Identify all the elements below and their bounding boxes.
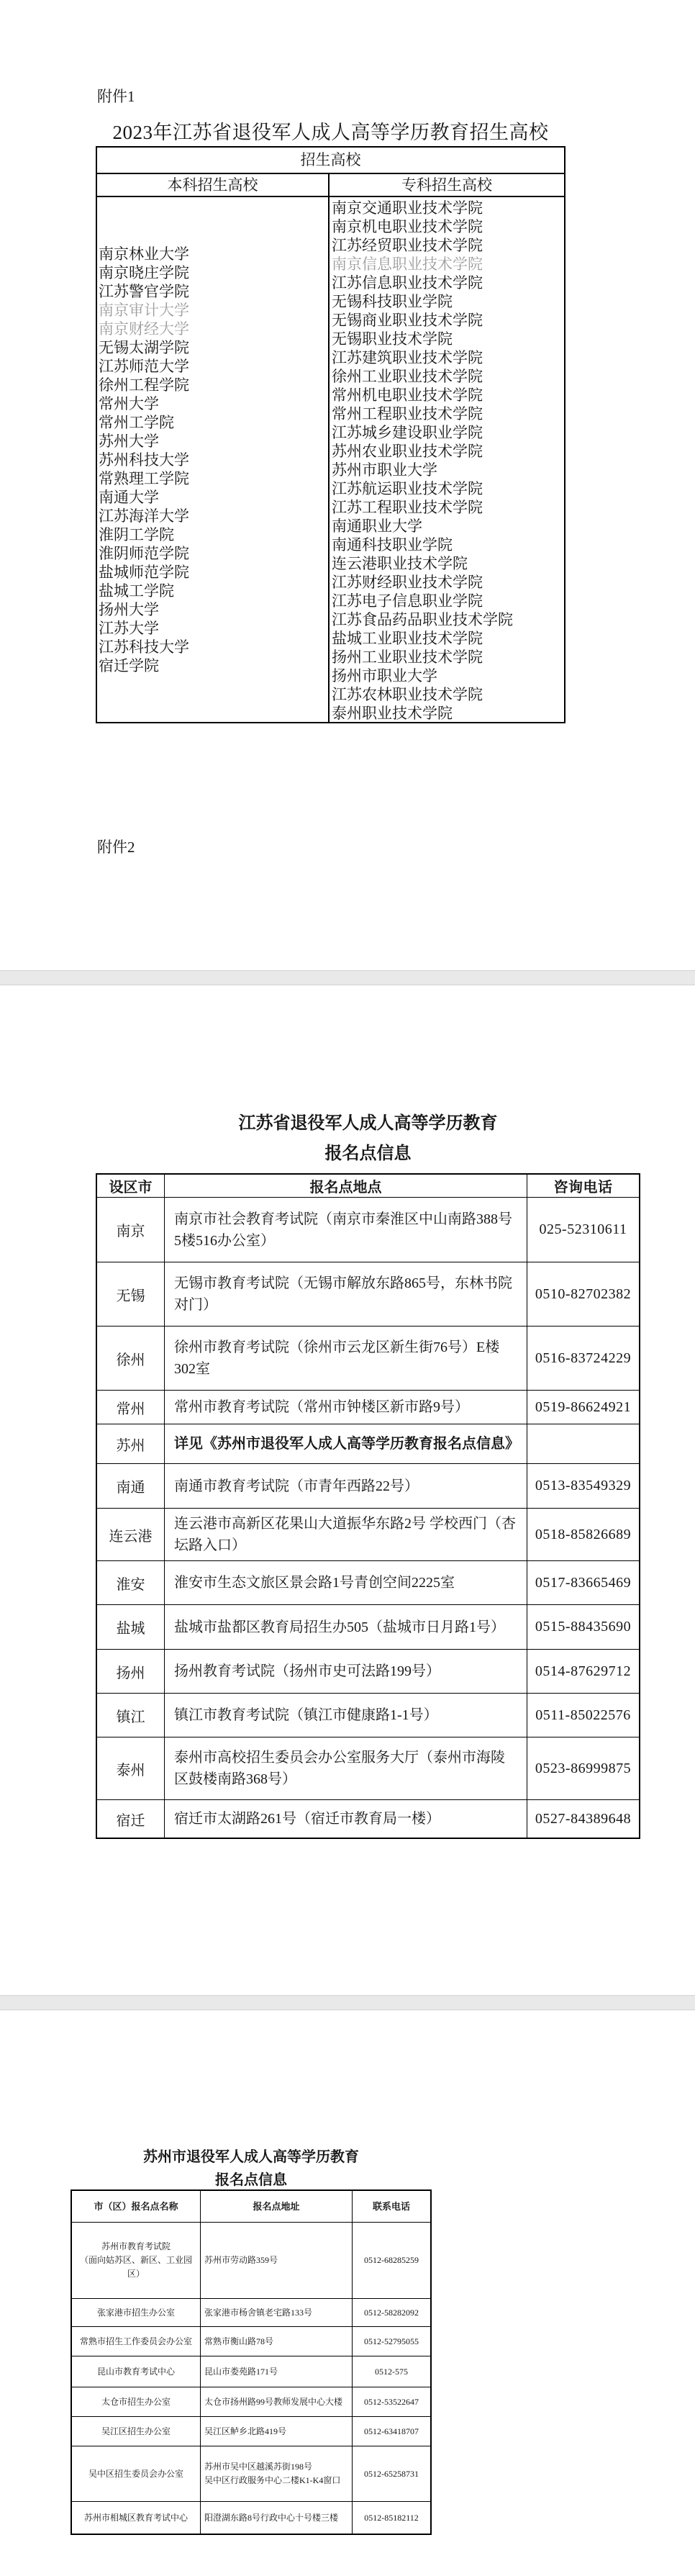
university-item: 淮阴工学院 bbox=[99, 525, 328, 544]
registration-address-cell: 徐州市教育考试院（徐州市云龙区新生街76号）E楼302室 bbox=[165, 1327, 527, 1390]
column-header: 报名点地址 bbox=[201, 2191, 353, 2222]
registration-point-address-cell: 吴江区鲈乡北路419号 bbox=[201, 2417, 353, 2446]
column-header: 市（区）报名点名称 bbox=[72, 2191, 201, 2222]
university-item: 苏州科技大学 bbox=[99, 451, 328, 469]
attachment1-title: 2023年江苏省退役军人成人高等学历教育招生高校 bbox=[96, 117, 565, 145]
registration-point-row: 南京南京市社会教育考试院（南京市秦淮区中山南路388号5楼516办公室）025-… bbox=[97, 1198, 639, 1262]
university-item: 江苏经贸职业技术学院 bbox=[332, 236, 564, 255]
phone-cell: 0514-87629712 bbox=[527, 1650, 639, 1693]
registration-point-name-cell: 苏州市相城区教育考试中心 bbox=[72, 2502, 201, 2534]
university-item: 淮阴师范学院 bbox=[99, 544, 328, 563]
university-item: 苏州市职业大学 bbox=[332, 461, 564, 479]
university-item: 南通大学 bbox=[99, 488, 328, 507]
enroll-universities-table: 招生高校 本科招生高校 专科招生高校 南京林业大学南京晓庄学院江苏警官学院南京审… bbox=[96, 146, 565, 723]
university-item: 江苏建筑职业技术学院 bbox=[332, 348, 564, 367]
phone-cell: 0512-52795055 bbox=[353, 2327, 430, 2356]
registration-point-row: 宿迁宿迁市太湖路261号（宿迁市教育局一楼）0527-84389648 bbox=[97, 1800, 639, 1838]
registration-address-cell: 镇江市教育考试院（镇江市健康路1-1号） bbox=[165, 1694, 527, 1737]
attachment1-label: 附件1 bbox=[97, 85, 135, 107]
registration-point-row: 南通南通市教育考试院（市青年西路22号）0513-83549329 bbox=[97, 1464, 639, 1509]
university-item: 连云港职业技术学院 bbox=[332, 554, 564, 573]
registration-point-address-cell: 苏州市吴中区越溪苏街198号 吴中区行政服务中心二楼K1-K4窗口 bbox=[201, 2446, 353, 2501]
province-registration-table: 设区市报名点地点咨询电话南京南京市社会教育考试院（南京市秦淮区中山南路388号5… bbox=[96, 1173, 640, 1839]
university-item: 江苏农林职业技术学院 bbox=[332, 685, 564, 704]
university-item: 盐城师范学院 bbox=[99, 563, 328, 582]
university-item: 江苏航运职业技术学院 bbox=[332, 479, 564, 498]
registration-point-address-cell: 昆山市娄苑路171号 bbox=[201, 2356, 353, 2387]
phone-cell: 0510-82702382 bbox=[527, 1262, 639, 1326]
university-item: 徐州工程学院 bbox=[99, 376, 328, 394]
phone-cell: 0512-575 bbox=[353, 2356, 430, 2387]
registration-point-name-cell: 常熟市招生工作委员会办公室 bbox=[72, 2327, 201, 2356]
university-item: 徐州工业职业技术学院 bbox=[332, 367, 564, 386]
university-item: 盐城工学院 bbox=[99, 582, 328, 600]
suzhou-registration-point-row: 昆山市教育考试中心昆山市娄苑路171号0512-575 bbox=[72, 2356, 430, 2387]
registration-point-address-cell: 张家港市杨舍镇老宅路133号 bbox=[201, 2299, 353, 2326]
registration-address-cell: 南通市教育考试院（市青年西路22号） bbox=[165, 1464, 527, 1508]
registration-address-cell: 泰州市高校招生委员会办公室服务大厅（泰州市海陵区鼓楼南路368号） bbox=[165, 1737, 527, 1799]
registration-address-cell: 盐城市盐都区教育局招生办505（盐城市日月路1号） bbox=[165, 1605, 527, 1649]
registration-point-name-cell: 太仓市招生办公室 bbox=[72, 2387, 201, 2416]
university-item: 江苏海洋大学 bbox=[99, 507, 328, 525]
page-separator bbox=[0, 1995, 695, 2010]
university-item: 江苏工程职业技术学院 bbox=[332, 498, 564, 517]
district-city-cell: 盐城 bbox=[97, 1605, 165, 1649]
district-city-cell: 淮安 bbox=[97, 1561, 165, 1604]
province-table-title-line1: 江苏省退役军人成人高等学历教育 bbox=[96, 1108, 640, 1134]
undergrad-university-list: 南京林业大学南京晓庄学院江苏警官学院南京审计大学南京财经大学无锡太湖学院江苏师范… bbox=[97, 197, 330, 723]
university-item: 常熟理工学院 bbox=[99, 469, 328, 488]
suzhou-table-header-row: 市（区）报名点名称报名点地址联系电话 bbox=[72, 2191, 430, 2223]
university-item: 江苏城乡建设职业学院 bbox=[332, 423, 564, 442]
district-city-cell: 泰州 bbox=[97, 1737, 165, 1799]
suzhou-registration-point-row: 张家港市招生办公室张家港市杨舍镇老宅路133号0512-58282092 bbox=[72, 2299, 430, 2327]
university-item: 南京机电职业技术学院 bbox=[332, 217, 564, 236]
district-city-cell: 无锡 bbox=[97, 1262, 165, 1326]
university-item: 苏州农业职业技术学院 bbox=[332, 442, 564, 461]
university-item: 常州大学 bbox=[99, 394, 328, 413]
phone-cell: 0515-88435690 bbox=[527, 1605, 639, 1649]
phone-cell: 0512-85182112 bbox=[353, 2502, 430, 2534]
phone-cell: 025-52310611 bbox=[527, 1198, 639, 1262]
university-item: 苏州大学 bbox=[99, 432, 328, 451]
registration-point-row: 无锡无锡市教育考试院（无锡市解放东路865号，东林书院对门）0510-82702… bbox=[97, 1262, 639, 1327]
registration-point-row: 连云港连云港市高新区花果山大道振华东路2号 学校西门（杏坛路入口）0518-85… bbox=[97, 1509, 639, 1561]
registration-point-address-cell: 苏州市劳动路359号 bbox=[201, 2223, 353, 2298]
district-city-cell: 南京 bbox=[97, 1198, 165, 1262]
district-city-cell: 徐州 bbox=[97, 1327, 165, 1390]
registration-address-cell: 详见《苏州市退役军人成人高等学历教育报名点信息》 bbox=[165, 1424, 527, 1463]
college-university-list: 南京交通职业技术学院南京机电职业技术学院江苏经贸职业技术学院南京信息职业技术学院… bbox=[330, 197, 564, 723]
university-item: 南京晓庄学院 bbox=[99, 263, 328, 282]
phone-cell: 0518-85826689 bbox=[527, 1509, 639, 1560]
registration-address-cell: 淮安市生态文旅区景会路1号青创空间2225室 bbox=[165, 1561, 527, 1604]
phone-cell: 0511-85022576 bbox=[527, 1694, 639, 1737]
university-item: 常州工学院 bbox=[99, 413, 328, 432]
phone-cell: 0527-84389648 bbox=[527, 1800, 639, 1838]
phone-cell: 0517-83665469 bbox=[527, 1561, 639, 1604]
suzhou-registration-point-row: 吴中区招生委员会办公室苏州市吴中区越溪苏街198号 吴中区行政服务中心二楼K1-… bbox=[72, 2446, 430, 2502]
registration-point-row: 扬州扬州教育考试院（扬州市史可法路199号）0514-87629712 bbox=[97, 1650, 639, 1694]
registration-point-address-cell: 阳澄湖东路8号行政中心十号楼三楼 bbox=[201, 2502, 353, 2534]
registration-point-address-cell: 常熟市衡山路78号 bbox=[201, 2327, 353, 2356]
university-item: 南京信息职业技术学院 bbox=[332, 255, 564, 274]
district-city-cell: 连云港 bbox=[97, 1509, 165, 1560]
phone-cell bbox=[527, 1424, 639, 1463]
suzhou-registration-point-row: 常熟市招生工作委员会办公室常熟市衡山路78号0512-52795055 bbox=[72, 2327, 430, 2356]
suzhou-table-title-line2: 报名点信息 bbox=[71, 2168, 432, 2189]
attachment2-label: 附件2 bbox=[97, 836, 135, 857]
province-table-header-row: 设区市报名点地点咨询电话 bbox=[97, 1175, 639, 1198]
university-item: 扬州市职业大学 bbox=[332, 666, 564, 685]
document-page: { "colors": { "text": "#161616", "muted_… bbox=[0, 0, 695, 2576]
undergrad-column-header: 本科招生高校 bbox=[97, 174, 330, 196]
enroll-table-subheaders: 本科招生高校 专科招生高校 bbox=[97, 174, 564, 197]
university-item: 扬州工业职业技术学院 bbox=[332, 648, 564, 666]
suzhou-registration-point-row: 吴江区招生办公室吴江区鲈乡北路419号0512-63418707 bbox=[72, 2417, 430, 2446]
registration-point-row: 镇江镇江市教育考试院（镇江市健康路1-1号）0511-85022576 bbox=[97, 1694, 639, 1737]
enroll-table-body: 南京林业大学南京晓庄学院江苏警官学院南京审计大学南京财经大学无锡太湖学院江苏师范… bbox=[97, 197, 564, 722]
university-item: 南京财经大学 bbox=[99, 320, 328, 338]
university-item: 江苏大学 bbox=[99, 619, 328, 638]
registration-address-cell: 连云港市高新区花果山大道振华东路2号 学校西门（杏坛路入口） bbox=[165, 1509, 527, 1560]
university-item: 南通科技职业学院 bbox=[332, 535, 564, 554]
page-separator bbox=[0, 970, 695, 985]
university-item: 江苏警官学院 bbox=[99, 282, 328, 301]
registration-point-name-cell: 吴江区招生办公室 bbox=[72, 2417, 201, 2446]
registration-point-name-cell: 苏州市教育考试院 （面向姑苏区、新区、工业园区） bbox=[72, 2223, 201, 2298]
district-city-cell: 镇江 bbox=[97, 1694, 165, 1737]
university-item: 南京交通职业技术学院 bbox=[332, 199, 564, 217]
phone-cell: 0513-83549329 bbox=[527, 1464, 639, 1508]
enroll-table-header: 招生高校 bbox=[97, 148, 564, 174]
university-item: 盐城工业职业技术学院 bbox=[332, 629, 564, 648]
university-item: 泰州职业技术学院 bbox=[332, 704, 564, 723]
phone-cell: 0512-63418707 bbox=[353, 2417, 430, 2446]
registration-point-row: 盐城盐城市盐都区教育局招生办505（盐城市日月路1号）0515-88435690 bbox=[97, 1605, 639, 1650]
university-item: 江苏财经职业技术学院 bbox=[332, 573, 564, 592]
province-table-title-line2: 报名点信息 bbox=[96, 1139, 640, 1164]
university-item: 常州工程职业技术学院 bbox=[332, 405, 564, 423]
registration-address-cell: 常州市教育考试院（常州市钟楼区新市路9号） bbox=[165, 1391, 527, 1424]
phone-cell: 0512-53522647 bbox=[353, 2387, 430, 2416]
suzhou-registration-point-row: 苏州市相城区教育考试中心阳澄湖东路8号行政中心十号楼三楼0512-8518211… bbox=[72, 2502, 430, 2534]
university-item: 江苏信息职业技术学院 bbox=[332, 274, 564, 292]
university-item: 江苏电子信息职业学院 bbox=[332, 592, 564, 610]
university-item: 无锡科技职业学院 bbox=[332, 292, 564, 311]
column-header: 设区市 bbox=[97, 1175, 165, 1197]
university-item: 南通职业大学 bbox=[332, 517, 564, 535]
phone-cell: 0516-83724229 bbox=[527, 1327, 639, 1390]
college-column-header: 专科招生高校 bbox=[330, 174, 564, 196]
suzhou-registration-point-row: 太仓市招生办公室太仓市扬州路99号教师发展中心大楼0512-53522647 bbox=[72, 2387, 430, 2417]
district-city-cell: 苏州 bbox=[97, 1424, 165, 1463]
registration-point-name-cell: 吴中区招生委员会办公室 bbox=[72, 2446, 201, 2501]
university-item: 南京林业大学 bbox=[99, 245, 328, 263]
phone-cell: 0519-86624921 bbox=[527, 1391, 639, 1424]
phone-cell: 0523-86999875 bbox=[527, 1737, 639, 1799]
registration-address-cell: 无锡市教育考试院（无锡市解放东路865号，东林书院对门） bbox=[165, 1262, 527, 1326]
district-city-cell: 宿迁 bbox=[97, 1800, 165, 1838]
registration-point-row: 泰州泰州市高校招生委员会办公室服务大厅（泰州市海陵区鼓楼南路368号）0523-… bbox=[97, 1737, 639, 1800]
column-header: 咨询电话 bbox=[527, 1175, 639, 1197]
phone-cell: 0512-58282092 bbox=[353, 2299, 430, 2326]
university-item: 江苏科技大学 bbox=[99, 638, 328, 656]
university-item: 无锡职业技术学院 bbox=[332, 330, 564, 348]
university-item: 江苏师范大学 bbox=[99, 357, 328, 376]
university-item: 南京审计大学 bbox=[99, 301, 328, 320]
registration-point-row: 徐州徐州市教育考试院（徐州市云龙区新生街76号）E楼302室0516-83724… bbox=[97, 1327, 639, 1391]
column-header: 联系电话 bbox=[353, 2191, 430, 2222]
registration-address-cell: 宿迁市太湖路261号（宿迁市教育局一楼） bbox=[165, 1800, 527, 1838]
university-item: 宿迁学院 bbox=[99, 656, 328, 675]
university-item: 无锡商业职业技术学院 bbox=[332, 311, 564, 330]
registration-point-row: 苏州详见《苏州市退役军人成人高等学历教育报名点信息》 bbox=[97, 1424, 639, 1464]
registration-point-row: 常州常州市教育考试院（常州市钟楼区新市路9号）0519-86624921 bbox=[97, 1391, 639, 1424]
university-item: 扬州大学 bbox=[99, 600, 328, 619]
district-city-cell: 扬州 bbox=[97, 1650, 165, 1693]
registration-point-address-cell: 太仓市扬州路99号教师发展中心大楼 bbox=[201, 2387, 353, 2416]
registration-point-name-cell: 张家港市招生办公室 bbox=[72, 2299, 201, 2326]
column-header: 报名点地点 bbox=[165, 1175, 527, 1197]
university-item: 江苏食品药品职业技术学院 bbox=[332, 610, 564, 629]
district-city-cell: 常州 bbox=[97, 1391, 165, 1424]
registration-point-name-cell: 昆山市教育考试中心 bbox=[72, 2356, 201, 2387]
university-item: 常州机电职业技术学院 bbox=[332, 386, 564, 405]
registration-address-cell: 扬州教育考试院（扬州市史可法路199号） bbox=[165, 1650, 527, 1693]
phone-cell: 0512-68285259 bbox=[353, 2223, 430, 2298]
university-item: 无锡太湖学院 bbox=[99, 338, 328, 357]
suzhou-registration-table: 市（区）报名点名称报名点地址联系电话苏州市教育考试院 （面向姑苏区、新区、工业园… bbox=[71, 2189, 432, 2535]
phone-cell: 0512-65258731 bbox=[353, 2446, 430, 2501]
suzhou-registration-point-row: 苏州市教育考试院 （面向姑苏区、新区、工业园区）苏州市劳动路359号0512-6… bbox=[72, 2223, 430, 2299]
registration-point-row: 淮安淮安市生态文旅区景会路1号青创空间2225室0517-83665469 bbox=[97, 1561, 639, 1605]
district-city-cell: 南通 bbox=[97, 1464, 165, 1508]
registration-address-cell: 南京市社会教育考试院（南京市秦淮区中山南路388号5楼516办公室） bbox=[165, 1198, 527, 1262]
suzhou-table-title-line1: 苏州市退役军人成人高等学历教育 bbox=[71, 2145, 432, 2166]
